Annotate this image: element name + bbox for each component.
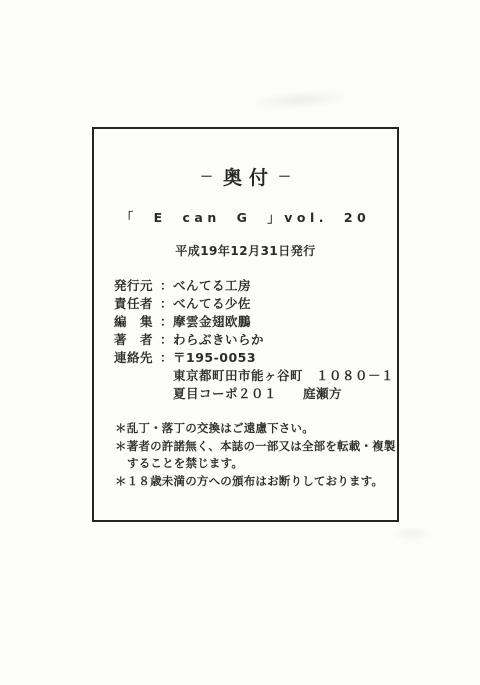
scan-smudge (392, 526, 432, 542)
info-label: 著 者 (114, 331, 160, 349)
colophon-box: －奥付－ 「 E can G 」vol. 20 平成19年12月31日発行 発行… (92, 127, 399, 522)
info-value: べんてる少佐 (173, 296, 251, 311)
publish-date: 平成19年12月31日発行 (94, 242, 397, 259)
title-dash: － (278, 170, 291, 185)
info-colon: ： (160, 349, 173, 367)
note-line: ＊１８歳未満の方への頒布はお断りしております。 (115, 473, 396, 491)
info-label: 連絡先 (114, 349, 160, 367)
info-row-responsible: 責任者：べんてる少佐 (114, 295, 394, 313)
info-value: 〒195-0053 (173, 350, 256, 365)
volume-line: 「 E can G 」vol. 20 (94, 208, 397, 226)
info-row-author: 著 者：わらぶきいらか (114, 331, 394, 349)
info-row-publisher: 発行元：べんてる工房 (114, 277, 394, 295)
address-line: 東京都町田市能ヶ谷町 １０８０－１ (114, 367, 394, 385)
info-row-contact: 連絡先：〒195-0053 (114, 349, 394, 367)
info-colon: ： (160, 277, 173, 295)
scan-smudge (249, 87, 350, 114)
info-colon: ： (160, 331, 173, 349)
info-colon: ： (160, 295, 173, 313)
info-value: べんてる工房 (173, 278, 251, 293)
info-colon: ： (160, 313, 173, 331)
note-line: ＊乱丁・落丁の交換はご遠慮下さい。 (115, 420, 396, 438)
note-line-continuation: することを禁じます。 (115, 455, 396, 473)
info-label: 発行元 (114, 277, 160, 295)
scanned-page: －奥付－ 「 E can G 」vol. 20 平成19年12月31日発行 発行… (0, 0, 480, 685)
info-value: 摩雲金翅欧鵬 (173, 314, 251, 329)
title-dash: － (200, 170, 213, 185)
address-line: 夏目コーポ２０１ 庭瀬方 (114, 385, 394, 403)
info-value: わらぶきいらか (173, 332, 264, 347)
page-title: 奥付 (223, 167, 275, 189)
publication-info: 発行元：べんてる工房 責任者：べんてる少佐 編 集：摩雲金翅欧鵬 著 者：わらぶ… (114, 277, 394, 403)
disclaimer-notes: ＊乱丁・落丁の交換はご遠慮下さい。 ＊著者の許諾無く、本誌の一部又は全部を転載・… (115, 420, 396, 490)
colophon-title: －奥付－ (94, 163, 397, 190)
info-row-editor: 編 集：摩雲金翅欧鵬 (114, 313, 394, 331)
info-label: 責任者 (114, 295, 160, 313)
info-label: 編 集 (114, 313, 160, 331)
note-line: ＊著者の許諾無く、本誌の一部又は全部を転載・複製 (115, 438, 396, 456)
